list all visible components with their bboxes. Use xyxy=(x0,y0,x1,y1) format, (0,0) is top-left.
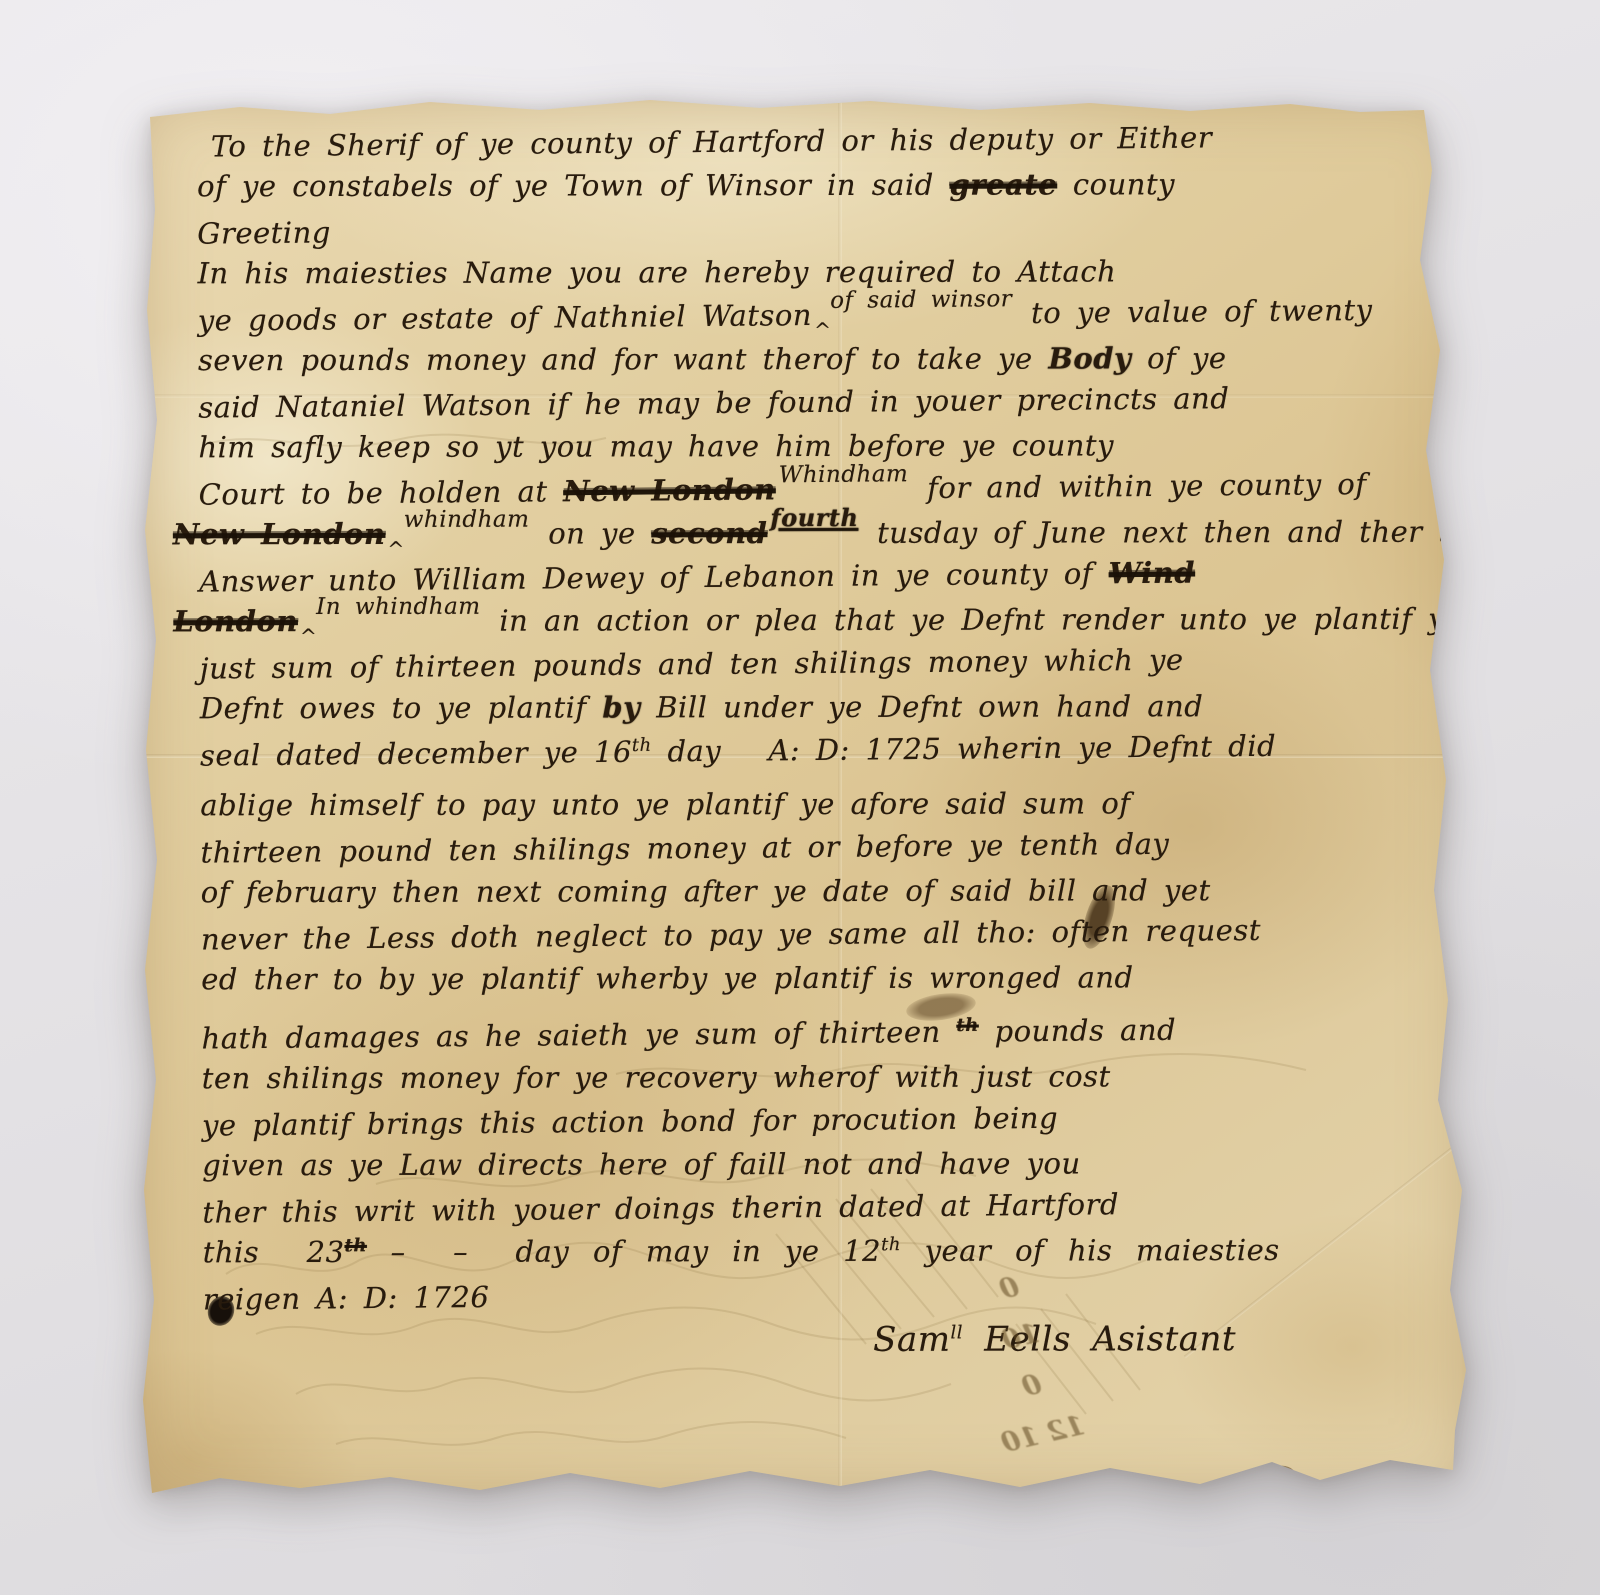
inserted-text: Whindham xyxy=(779,474,909,475)
text-segment: ye goods or estate of Nathniel Watson xyxy=(198,298,813,338)
text-segment: on ye xyxy=(532,516,651,550)
manuscript-line: never the Less doth neglect to pay ye sa… xyxy=(171,907,1457,962)
text-segment: of ye constabels of ye Town of Winsor in… xyxy=(197,167,949,203)
manuscript-line: of february then next coming after ye da… xyxy=(171,868,1457,914)
text-segment: for and within ye county of xyxy=(911,467,1366,505)
struck-text: greate xyxy=(949,167,1057,201)
manuscript-line: just sum of thirteen pounds and ten shil… xyxy=(169,636,1455,691)
manuscript-line: ablige himself to pay unto ye plantif ye… xyxy=(170,781,1456,827)
text-segment: Defnt owes to ye plantif xyxy=(200,690,603,725)
text-segment: ten shilings money for ye recovery whero… xyxy=(202,1059,1111,1095)
manuscript-line: given as ye Law directs here of faill no… xyxy=(172,1141,1458,1187)
text-segment: hath damages as he saieth ye sum of thir… xyxy=(201,1015,956,1056)
manuscript-line: of ye constabels of ye Town of Winsor in… xyxy=(167,162,1453,208)
text-segment: given as ye Law directs here of faill no… xyxy=(202,1146,1081,1182)
struck-superscript: th xyxy=(344,1235,366,1256)
text-segment: just sum of thirteen pounds and ten shil… xyxy=(199,643,1183,686)
struck-text: New London xyxy=(563,472,776,508)
text-segment: Sam xyxy=(873,1319,950,1359)
text-segment: Greeting xyxy=(197,215,331,250)
text-segment: of ye xyxy=(1131,341,1226,375)
text-segment: year of his maiesties xyxy=(901,1233,1280,1268)
manuscript-line: London^In whindham in an action or plea … xyxy=(169,597,1455,643)
manuscript-line: ther this writ with youer doings therin … xyxy=(172,1180,1458,1235)
text-segment: Answer unto William Dewey of Lebanon in … xyxy=(199,556,1109,598)
blotted-text: Body xyxy=(1048,341,1131,375)
text-segment: in an action or plea that ye Defnt rende… xyxy=(484,601,1463,637)
text-segment: said Nataniel Watson if he may be found … xyxy=(198,381,1229,424)
text-segment: – – day of may in ye 12 xyxy=(367,1233,881,1268)
manuscript-line: To the Sherif of ye county of Hartford o… xyxy=(167,114,1453,169)
manuscript-photo: To the Sherif of ye county of Hartford o… xyxy=(136,94,1472,1502)
manuscript-line: thirteen pound ten shilings money at or … xyxy=(170,820,1456,875)
manuscript-text: To the Sherif of ye county of Hartford o… xyxy=(167,117,1459,1366)
text-segment: thirteen pound ten shilings money at or … xyxy=(200,827,1169,870)
text-segment: of february then next coming after ye da… xyxy=(201,873,1211,909)
struck-text: Wind xyxy=(1108,556,1195,591)
manuscript-line: Greeting xyxy=(167,201,1453,256)
text-segment: To the Sherif of ye county of Hartford o… xyxy=(211,120,1213,163)
inserted-text: of said winsor xyxy=(830,299,1012,301)
manuscript-line: ye goods or estate of Nathniel Watson^of… xyxy=(168,288,1454,343)
ink-blot xyxy=(1256,1462,1298,1493)
text-segment: pounds and xyxy=(979,1013,1177,1049)
text-segment: ablige himself to pay unto ye plantif ye… xyxy=(200,786,1130,822)
manuscript-paper: To the Sherif of ye county of Hartford o… xyxy=(136,94,1472,1502)
text-segment: ye plantif brings this action bond for p… xyxy=(202,1101,1058,1143)
manuscript-line: ye plantif brings this action bond for p… xyxy=(172,1093,1458,1148)
text-segment: day A: D: 1725 wherin ye Defnt did xyxy=(652,729,1277,769)
text-segment: county xyxy=(1057,167,1175,201)
superscript-text: th xyxy=(881,1234,901,1255)
superscript-text: ll xyxy=(950,1322,963,1343)
struck-text: London xyxy=(173,604,298,638)
struck-text: New London xyxy=(173,516,386,550)
struck-superscript: th xyxy=(956,1015,979,1036)
manuscript-line: hath damages as he saieth ye sum of thir… xyxy=(171,1006,1457,1061)
blotted-text: by xyxy=(602,690,640,724)
text-segment: ther this writ with youer doings therin … xyxy=(202,1187,1119,1229)
manuscript-line: Defnt owes to ye plantif by Bill under y… xyxy=(170,684,1456,730)
manuscript-line: seven pounds money and for want therof t… xyxy=(168,336,1454,382)
text-segment: him safly keep so yt you may have him be… xyxy=(198,428,1114,464)
text-segment: seven pounds money and for want therof t… xyxy=(198,341,1048,377)
manuscript-line: ed ther to by ye plantif wherby ye plant… xyxy=(171,955,1457,1001)
text-segment: seal dated december ye 16 xyxy=(200,735,632,773)
text-segment: ed ther to by ye plantif wherby ye plant… xyxy=(201,960,1133,996)
struck-text: second xyxy=(651,516,767,550)
text-segment: tusday of June next then and ther to xyxy=(861,514,1468,549)
text-segment: to ye value of twenty xyxy=(1015,293,1372,330)
manuscript-line: ten shilings money for ye recovery whero… xyxy=(172,1054,1458,1100)
text-segment: reigen A: D: 1726 xyxy=(203,1280,490,1317)
text-segment: 23 xyxy=(307,1234,345,1268)
manuscript-line: said Nataniel Watson if he may be found … xyxy=(168,375,1454,430)
manuscript-line: New London^whindham on ye secondfourth t… xyxy=(169,510,1455,556)
manuscript-line: seal dated december ye 16th day A: D: 17… xyxy=(170,723,1456,778)
text-segment: never the Less doth neglect to pay ye sa… xyxy=(201,913,1261,957)
manuscript-line: In his maiesties Name you are hereby req… xyxy=(168,249,1454,295)
photo-background: { "document": { "lines": [ {"segs":[{"t"… xyxy=(0,0,1600,1595)
text-segment: this xyxy=(203,1235,307,1269)
text-segment: In his maiesties Name you are hereby req… xyxy=(198,254,1117,290)
manuscript-line: this 23th – – day of may in ye 12th year… xyxy=(173,1228,1459,1274)
superscript-text: th xyxy=(632,735,652,756)
signature-line: Samll Eells Asistant xyxy=(173,1317,1459,1363)
text-segment: Bill under ye Defnt own hand and xyxy=(640,689,1203,724)
manuscript-line: reigen A: D: 1726 xyxy=(173,1267,1459,1322)
